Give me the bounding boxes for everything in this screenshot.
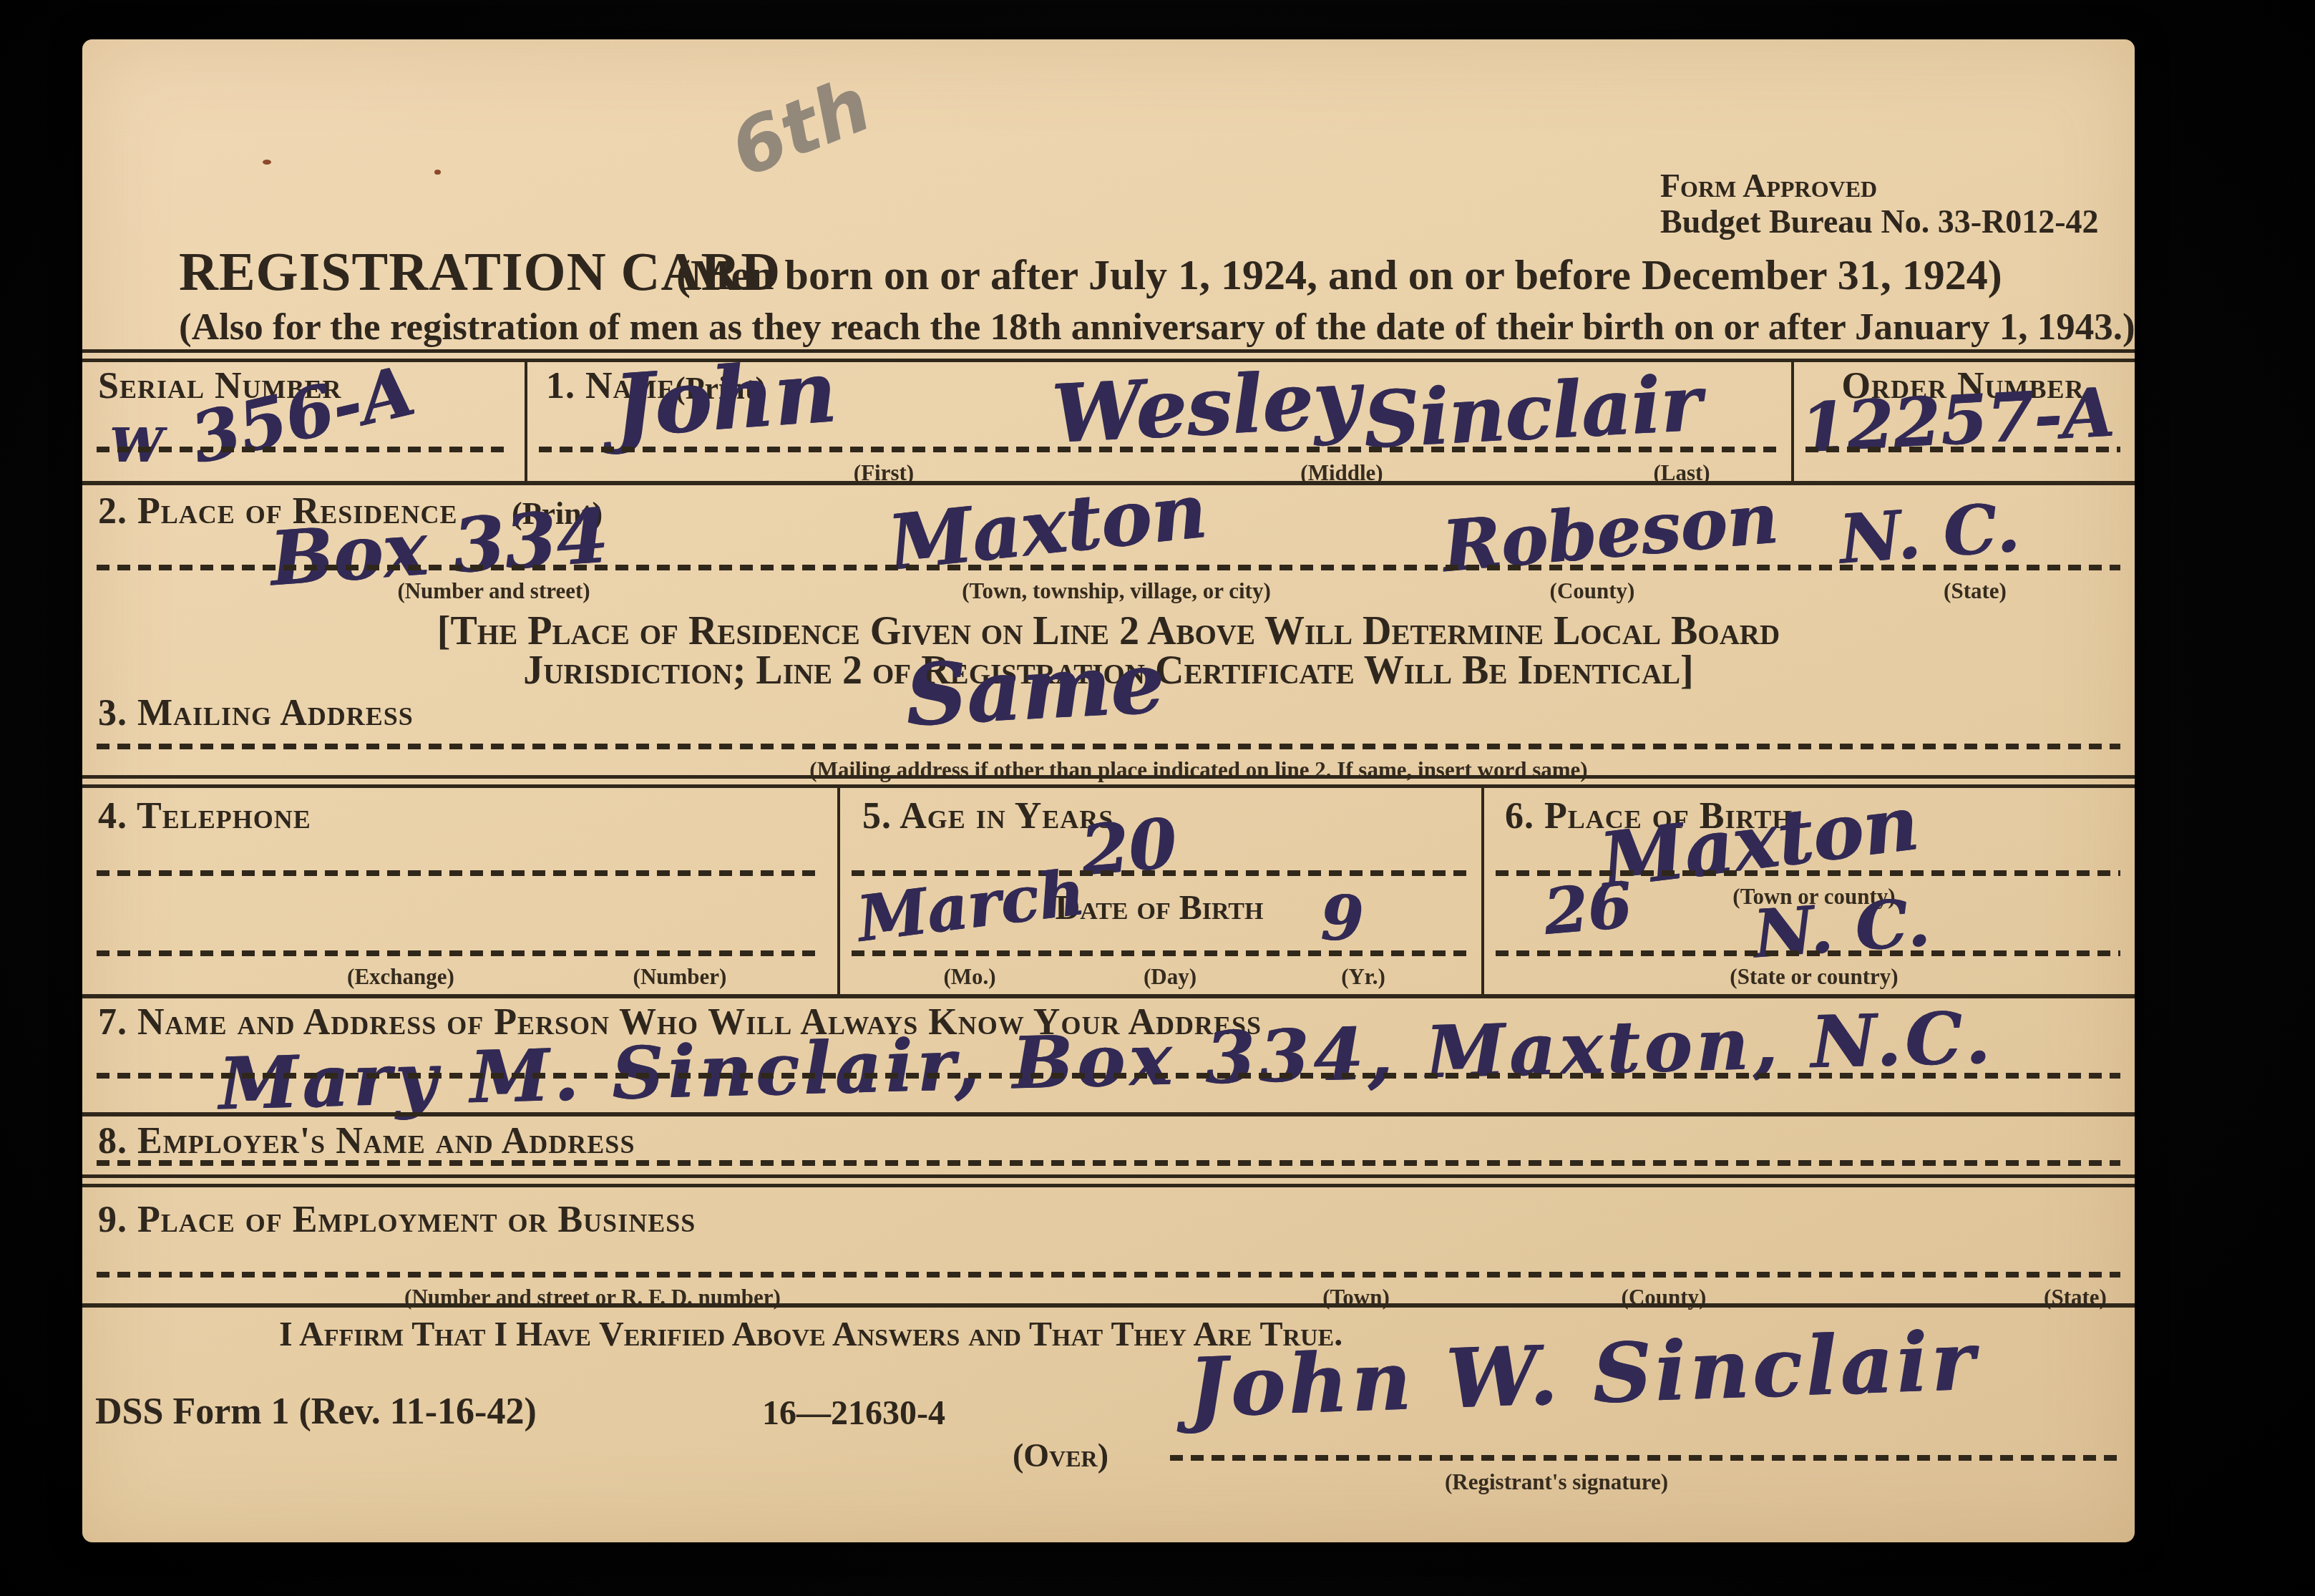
serial-rule xyxy=(97,447,510,452)
birth-day-value: 9 xyxy=(1320,882,1363,955)
caption-registrant-signature: (Registrant's signature) xyxy=(1342,1469,1771,1495)
caption-state-or-country: (State or country) xyxy=(1635,964,1993,990)
birth-state-value: N. C. xyxy=(1751,884,1932,973)
card-title-note: (Men born on or after July 1, 1924, and … xyxy=(676,250,2002,300)
name-middle-value: Wesley xyxy=(1050,352,1362,462)
employment-rule xyxy=(97,1272,2120,1278)
residence-county-value: Robeson xyxy=(1439,477,1781,588)
budget-bureau-number: Budget Bureau No. 33-R012-42 xyxy=(1660,203,2099,240)
caption-county: (County) xyxy=(1485,578,1700,604)
age-in-years-label: 5. Age in Years xyxy=(862,795,1113,837)
row1-divider-1 xyxy=(525,362,527,481)
row456-bottom-rule xyxy=(82,994,2135,998)
employer-rule xyxy=(97,1160,2120,1166)
name-rule xyxy=(539,447,1777,452)
serial-number-prefix: W xyxy=(109,417,162,473)
mailing-address-label: 3. Mailing Address xyxy=(98,692,414,734)
row456-divider-2 xyxy=(1481,788,1484,994)
row7-bottom-rule xyxy=(82,1112,2135,1116)
form-approved-label: Form Approved xyxy=(1660,167,1877,205)
paper-speck xyxy=(263,160,271,165)
caption-town-township: (Town, township, village, or city) xyxy=(866,578,1367,604)
signature-rule xyxy=(1170,1455,2120,1461)
card-subtitle: (Also for the registration of men as the… xyxy=(179,306,2135,349)
caption-day: (Day) xyxy=(1098,964,1242,990)
caption-yr: (Yr.) xyxy=(1292,964,1435,990)
form-id: DSS Form 1 (Rev. 11-16-42) xyxy=(95,1391,537,1433)
telephone-rule-1 xyxy=(97,870,823,876)
print-code: 16—21630-4 xyxy=(762,1393,945,1433)
caption-number: (Number) xyxy=(572,964,787,990)
birth-state-rule xyxy=(1496,950,2120,956)
telephone-rule-2 xyxy=(97,950,823,956)
employer-double-rule xyxy=(82,1174,2135,1187)
dob-rule xyxy=(852,950,1467,956)
caption-mo: (Mo.) xyxy=(898,964,1041,990)
mailing-address-value: Same xyxy=(903,633,1166,746)
registration-card: 6th Form Approved Budget Bureau No. 33-R… xyxy=(82,39,2135,1542)
over-label: (Over) xyxy=(1013,1436,1108,1474)
mailing-double-rule xyxy=(82,775,2135,788)
employer-label: 8. Employer's Name and Address xyxy=(98,1120,635,1162)
mailing-rule xyxy=(97,744,2120,749)
order-number-value: 12257-A xyxy=(1798,374,2115,469)
contact-rule xyxy=(97,1073,2120,1079)
pencil-note: 6th xyxy=(718,61,882,195)
caption-state: (State) xyxy=(1868,578,2082,604)
residence-rule xyxy=(97,565,2120,570)
caption-number-and-street: (Number and street) xyxy=(351,578,637,604)
birth-year-value: 26 xyxy=(1541,867,1634,949)
affirmation-statement: I Affirm That I Have Verified Above Answ… xyxy=(279,1315,1342,1354)
age-value: 20 xyxy=(1077,802,1179,891)
telephone-label: 4. Telephone xyxy=(98,795,311,837)
photo-background: 6th Form Approved Budget Bureau No. 33-R… xyxy=(0,0,2315,1596)
row9-bottom-rule xyxy=(82,1303,2135,1308)
order-rule xyxy=(1805,447,2120,452)
employment-place-label: 9. Place of Employment or Business xyxy=(98,1199,696,1241)
name-first-value: John xyxy=(610,341,839,457)
caption-exchange: (Exchange) xyxy=(293,964,508,990)
paper-speck xyxy=(434,170,441,175)
